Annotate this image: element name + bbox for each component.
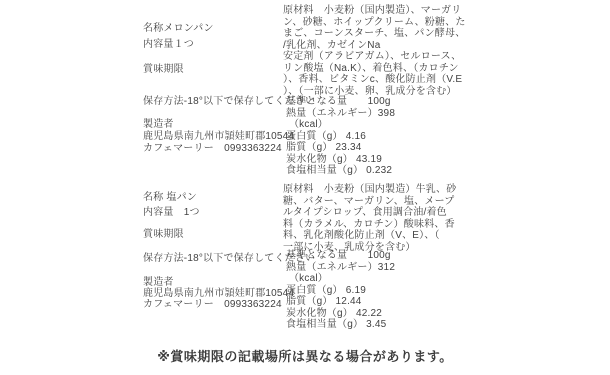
content-volume-row: 内容量１つ — [143, 39, 194, 51]
product-name-row: 名称メロンパン — [143, 23, 214, 35]
manufacturer-address: 鹿児島県南九州市頴娃町郡10544 — [143, 131, 294, 143]
ingredients-text: 原材料 小麦粉（国内製造）牛乳、砂 糖、バター、マーガリン、塩、メープ ルタイプ… — [283, 184, 505, 253]
expiry-date-row: 賞味期限 — [143, 64, 184, 76]
footer-note: ※賞味期限の記載場所は異なる場合があります。 — [0, 346, 610, 365]
content-volume-row: 内容量 1つ — [143, 207, 200, 219]
manufacturer-address: 鹿児島県南九州市頴娃町郡10544 — [143, 288, 294, 300]
manufacturer-label: 製造者 — [143, 119, 174, 131]
product-name-row: 名称 塩パン — [143, 192, 197, 204]
ingredients-text: 原材料 小麦粉（国内製造）、マーガリ ン、砂糖、ホイップクリーム、粉糖、た まご… — [283, 5, 505, 97]
nutrition-facts-text: 基準となる量 100g 熱量（エネルギー）312 （kcal） 蛋白質（g） 6… — [286, 250, 508, 331]
expiry-date-row: 賞味期限 — [143, 229, 184, 241]
manufacturer-phone: カフェマーリー 0993363224 — [143, 143, 282, 155]
manufacturer-label: 製造者 — [143, 277, 174, 289]
nutrition-facts-text: 基準となる量 100g 熱量（エネルギー）398 （kcal） 蛋白質（g） 4… — [286, 96, 508, 177]
manufacturer-phone: カフェマーリー 0993363224 — [143, 299, 282, 311]
